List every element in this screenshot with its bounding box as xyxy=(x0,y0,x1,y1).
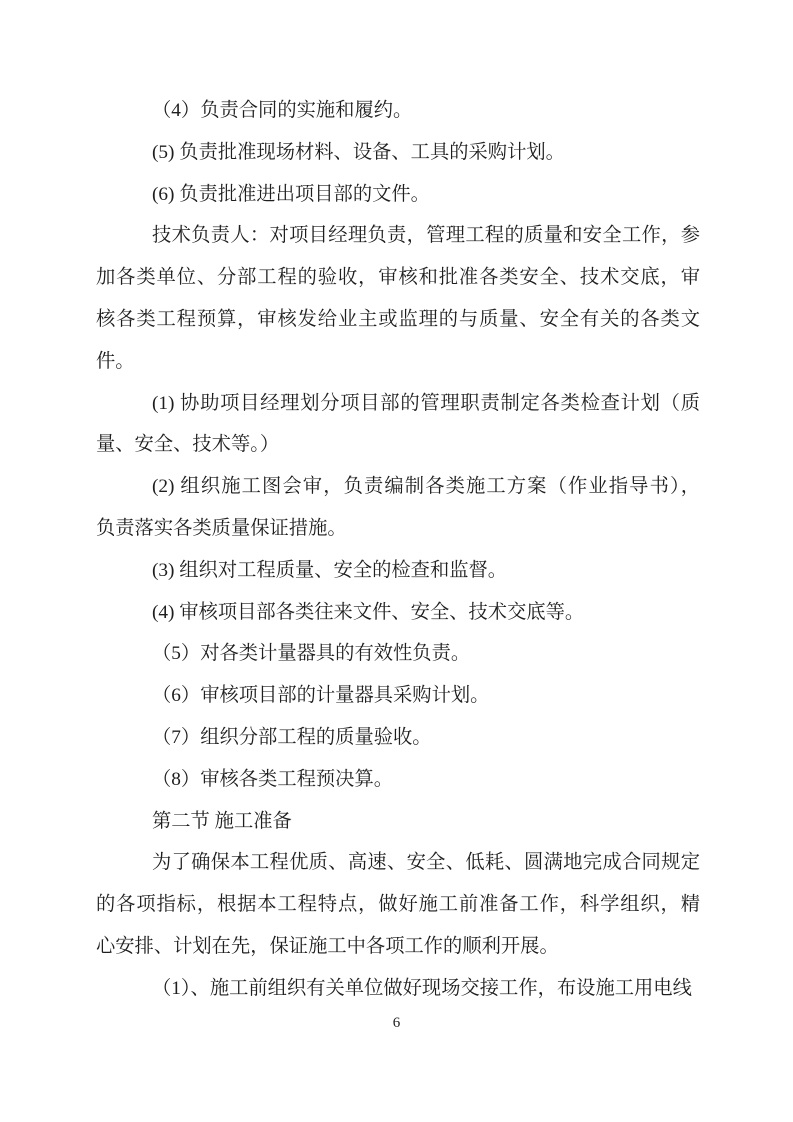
text-line: （7）组织分部工程的质量验收。 xyxy=(96,717,700,759)
page-number: 6 xyxy=(0,1013,793,1033)
document-page: （4）负责合同的实施和履约。(5) 负责批准现场材料、设备、工具的采购计划。(6… xyxy=(0,0,793,1122)
text-line: （4）负责合同的实施和履约。 xyxy=(96,90,700,132)
text-line: (4) 审核项目部各类往来文件、安全、技术交底等。 xyxy=(96,592,700,634)
text-line: 心安排、计划在先，保证施工中各项工作的顺利开展。 xyxy=(96,926,700,968)
text-line: (6) 负责批准进出项目部的文件。 xyxy=(96,174,700,216)
text-line: （5）对各类计量器具的有效性负责。 xyxy=(96,633,700,675)
text-line: 为了确保本工程优质、高速、安全、低耗、圆满地完成合同规定 xyxy=(96,842,700,884)
text-line: 件。 xyxy=(96,341,700,383)
text-line: （1）、施工前组织有关单位做好现场交接工作，布设施工用电线 xyxy=(96,968,700,1010)
text-line: (5) 负责批准现场材料、设备、工具的采购计划。 xyxy=(96,132,700,174)
text-line: 的各项指标，根据本工程特点，做好施工前准备工作，科学组织，精 xyxy=(96,884,700,926)
text-line: (2) 组织施工图会审，负责编制各类施工方案（作业指导书）， xyxy=(96,466,700,508)
section-heading-line: 第二节 施工准备 xyxy=(96,801,700,843)
document-body: （4）负责合同的实施和履约。(5) 负责批准现场材料、设备、工具的采购计划。(6… xyxy=(96,90,700,1010)
text-line: 量、安全、技术等。） xyxy=(96,424,700,466)
text-line: (1) 协助项目经理划分项目部的管理职责制定各类检查计划（质 xyxy=(96,383,700,425)
text-line: 核各类工程预算，审核发给业主或监理的与质量、安全有关的各类文 xyxy=(96,299,700,341)
text-line: 技术负责人：对项目经理负责，管理工程的质量和安全工作，参 xyxy=(96,215,700,257)
text-line: (3) 组织对工程质量、安全的检查和监督。 xyxy=(96,550,700,592)
text-line: 加各类单位、分部工程的验收，审核和批准各类安全、技术交底，审 xyxy=(96,257,700,299)
text-line: （6）审核项目部的计量器具采购计划。 xyxy=(96,675,700,717)
text-line: （8）审核各类工程预决算。 xyxy=(96,759,700,801)
text-line: 负责落实各类质量保证措施。 xyxy=(96,508,700,550)
